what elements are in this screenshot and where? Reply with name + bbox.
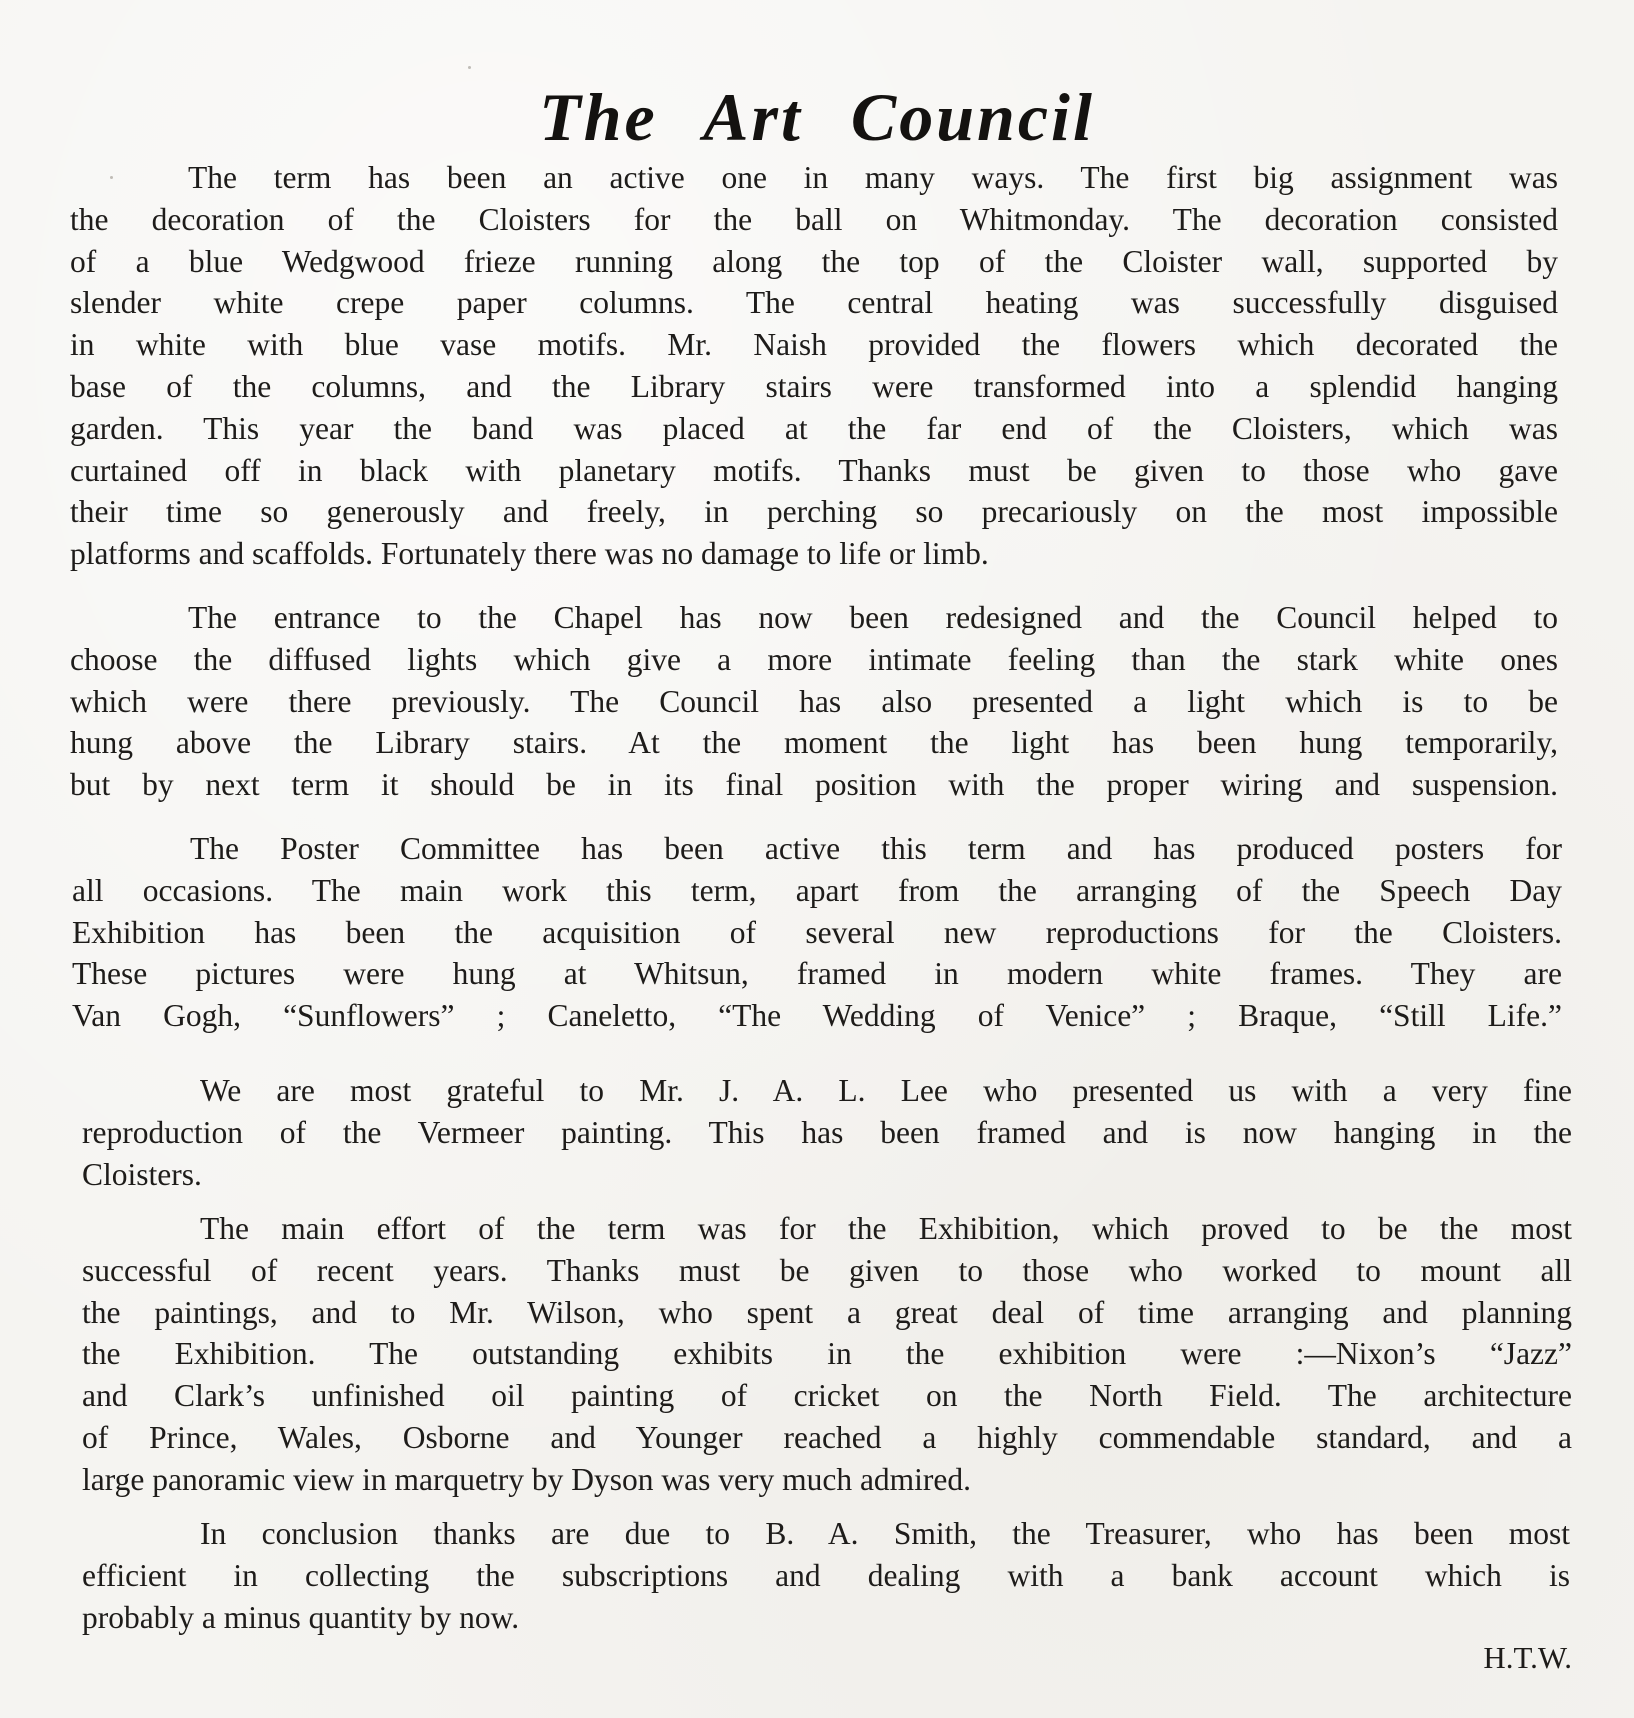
paragraph-line: slender white crepe paper columns. The c… <box>70 282 1558 324</box>
paragraph-line: The term has been an active one in many … <box>70 157 1558 199</box>
paragraph-line: The main effort of the term was for the … <box>82 1208 1572 1250</box>
paragraph-line: garden. This year the band was placed at… <box>70 408 1558 450</box>
document-page: The Art Council The term has been an act… <box>0 0 1634 1718</box>
paragraph-line: their time so generously and freely, in … <box>70 491 1558 533</box>
paragraph-line: curtained off in black with planetary mo… <box>70 450 1558 492</box>
paragraph-decoration: The term has been an active one in many … <box>70 157 1558 575</box>
paragraph-line: Cloisters. <box>82 1154 1572 1196</box>
paragraph-line: the paintings, and to Mr. Wilson, who sp… <box>82 1292 1572 1334</box>
paragraph-exhibition: The main effort of the term was for the … <box>82 1208 1572 1501</box>
paragraph-line: reproduction of the Vermeer painting. Th… <box>82 1112 1572 1154</box>
paragraph-line: all occasions. The main work this term, … <box>72 870 1562 912</box>
author-signature: H.T.W. <box>1483 1640 1572 1676</box>
paragraph-line: but by next term it should be in its fin… <box>70 764 1558 806</box>
paragraph-line: base of the columns, and the Library sta… <box>70 366 1558 408</box>
paragraph-line: and Clark’s unfinished oil painting of c… <box>82 1375 1572 1417</box>
paragraph-vermeer: We are most grateful to Mr. J. A. L. Lee… <box>82 1070 1572 1195</box>
paragraph-line: The entrance to the Chapel has now been … <box>70 597 1558 639</box>
paragraph-line: We are most grateful to Mr. J. A. L. Lee… <box>82 1070 1572 1112</box>
paragraph-line: platforms and scaffolds. Fortunately the… <box>70 533 1558 575</box>
paragraph-line: the Exhibition. The outstanding exhibits… <box>82 1333 1572 1375</box>
page-title: The Art Council <box>0 78 1634 157</box>
paragraph-line: the decoration of the Cloisters for the … <box>70 199 1558 241</box>
paragraph-line: hung above the Library stairs. At the mo… <box>70 722 1558 764</box>
paragraph-line: efficient in collecting the subscription… <box>82 1555 1570 1597</box>
paragraph-conclusion: In conclusion thanks are due to B. A. Sm… <box>82 1513 1570 1638</box>
paragraph-poster-committee: The Poster Committee has been active thi… <box>72 828 1562 1037</box>
paragraph-line: These pictures were hung at Whitsun, fra… <box>72 953 1562 995</box>
paragraph-line: large panoramic view in marquetry by Dys… <box>82 1459 1572 1501</box>
paragraph-line: In conclusion thanks are due to B. A. Sm… <box>82 1513 1570 1555</box>
paragraph-line: Exhibition has been the acquisition of s… <box>72 912 1562 954</box>
paragraph-line: successful of recent years. Thanks must … <box>82 1250 1572 1292</box>
paragraph-line: choose the diffused lights which give a … <box>70 639 1558 681</box>
paragraph-line: probably a minus quantity by now. <box>82 1597 1570 1639</box>
paragraph-line: in white with blue vase motifs. Mr. Nais… <box>70 324 1558 366</box>
paragraph-line: which were there previously. The Council… <box>70 681 1558 723</box>
paragraph-chapel: The entrance to the Chapel has now been … <box>70 597 1558 806</box>
paragraph-line: of a blue Wedgwood frieze running along … <box>70 241 1558 283</box>
paper-speck <box>468 66 471 69</box>
paragraph-line: The Poster Committee has been active thi… <box>72 828 1562 870</box>
paper-speck <box>110 176 113 179</box>
paragraph-line: Van Gogh, “Sunflowers” ; Caneletto, “The… <box>72 995 1562 1037</box>
paragraph-line: of Prince, Wales, Osborne and Younger re… <box>82 1417 1572 1459</box>
